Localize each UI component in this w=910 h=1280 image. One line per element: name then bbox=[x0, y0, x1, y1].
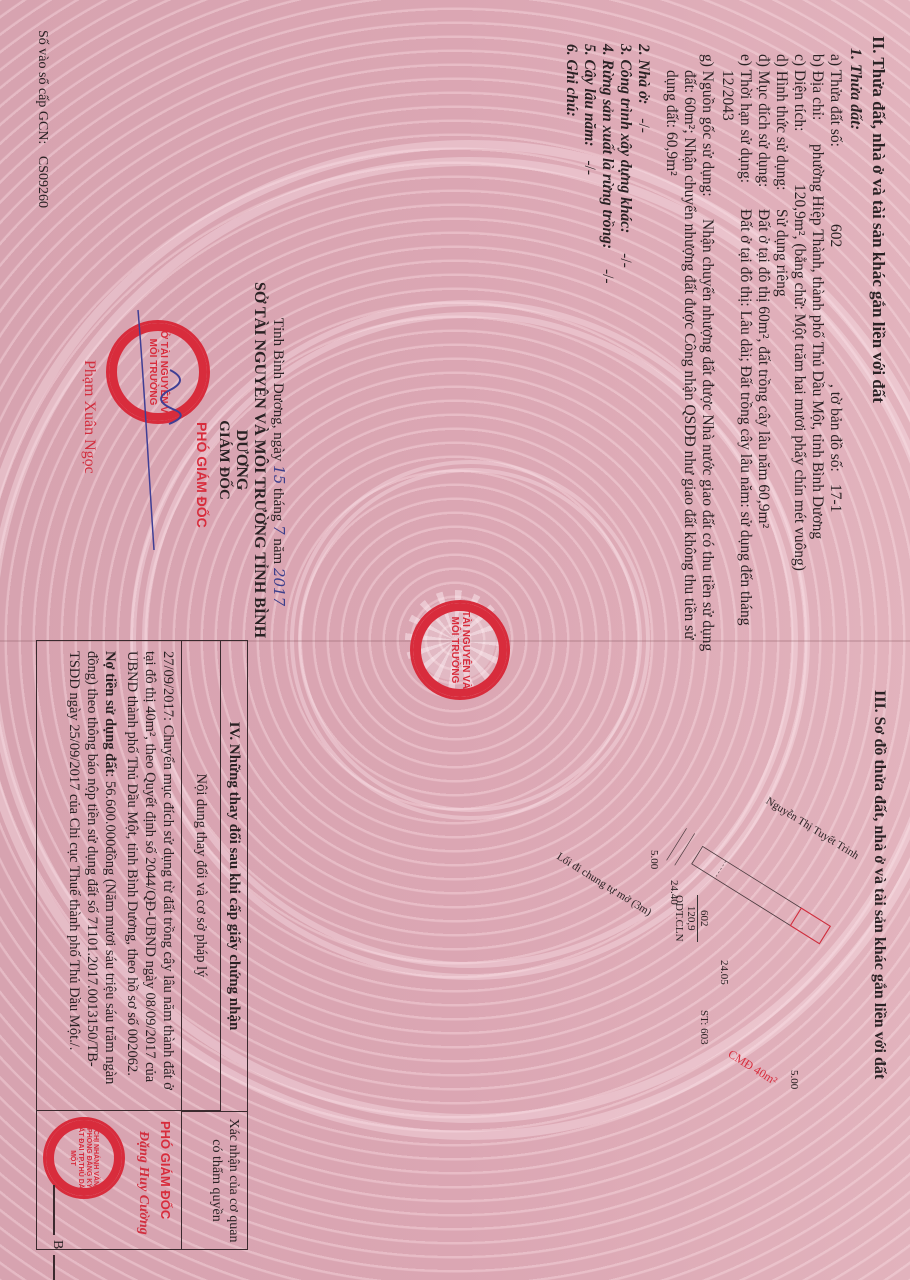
section-iii-title: III. Sơ đồ thửa đất, nhà ở và tài sản kh… bbox=[870, 690, 888, 1079]
date-day: 15 bbox=[270, 465, 288, 484]
edge-mark: B bbox=[49, 1240, 65, 1249]
date-prefix: Tỉnh Bình Dương, ngày bbox=[270, 318, 286, 462]
branch-stamp-text: CHI NHÁNH VĂN PHÒNG ĐĂNG KÝ ĐẤT ĐAI TP.T… bbox=[69, 1120, 100, 1196]
col-change-content: Nội dung thay đổi và cơ sở pháp lý bbox=[181, 641, 221, 1111]
origin-row: g) Nguồn gốc sử dụng: Nhận chuyển nhượng… bbox=[698, 54, 716, 197]
signer-name: Phạm Xuân Ngọc bbox=[80, 360, 98, 474]
year-label: năm bbox=[270, 538, 286, 564]
origin-value-2: đất: 60m²; Nhận chuyển nhượng đất được C… bbox=[680, 70, 698, 640]
changes-table: IV. Những thay đổi sau khi cấp giấy chứn… bbox=[36, 640, 248, 1250]
notes-row: 6. Ghi chú: bbox=[562, 44, 580, 117]
change-entries: 27/09/2017: Chuyển mục đích sử dụng từ đ… bbox=[37, 641, 181, 1111]
center-stamp: TÀI NGUYÊN VÀ MÔI TRƯỜNG bbox=[410, 600, 510, 700]
side-left-length: 24.40 bbox=[668, 880, 680, 905]
use-form-label: d) Hình thức sử dụng: bbox=[773, 54, 790, 191]
forest-row: 4. Rừng sản xuất là rừng trồng: -/- bbox=[598, 44, 616, 284]
neighbor-right: ST: 603 bbox=[698, 1010, 710, 1045]
parcel-value: 602 bbox=[826, 224, 844, 247]
area-row: c) Diện tích: 120,9m², (bằng chữ: Một tr… bbox=[790, 54, 808, 131]
perennial-label: 5. Cây lâu năm: bbox=[581, 44, 598, 146]
book-number: Số vào sổ cấp GCN: CS09260 bbox=[34, 30, 50, 208]
term-value-2: 12/2043 bbox=[718, 70, 736, 121]
signature-block: Tỉnh Bình Dương, ngày 15 tháng 7 năm 201… bbox=[269, 262, 288, 662]
address-label: b) Địa chỉ: bbox=[809, 54, 826, 120]
signature-stroke bbox=[110, 300, 210, 560]
col-authority-confirm: Xác nhận của cơ quan có thẩm quyền bbox=[181, 1111, 247, 1249]
area-label: c) Diện tích: bbox=[791, 54, 808, 131]
on-behalf: GIÁM ĐỐC bbox=[215, 250, 232, 670]
agency-name: SỞ TÀI NGUYÊN VÀ MÔI TRƯỜNG TỈNH BÌNH DƯ… bbox=[232, 250, 268, 670]
date-month: 7 bbox=[270, 525, 288, 535]
perennial-value: -/- bbox=[581, 160, 598, 175]
forest-label: 4. Rừng sản xuất là rừng trồng: bbox=[599, 44, 616, 249]
edge-line-left bbox=[53, 1185, 55, 1235]
sketch-parcel: 602 bbox=[697, 895, 710, 942]
center-stamp-text: TÀI NGUYÊN VÀ MÔI TRƯỜNG bbox=[449, 603, 471, 697]
origin-value-3: dụng đất: 60,9m² bbox=[662, 70, 680, 176]
forest-value: -/- bbox=[599, 269, 616, 284]
term-label: e) Thời hạn sử dụng: bbox=[737, 54, 754, 183]
side-right-length: 24.05 bbox=[718, 960, 730, 985]
notes-label: 6. Ghi chú: bbox=[563, 44, 580, 117]
parcel-label: a) Thửa đất số: bbox=[827, 54, 844, 147]
purpose-label: đ) Mục đích sử dụng: bbox=[755, 54, 772, 187]
origin-value: Nhận chuyển nhượng đất được Nhà nước gia… bbox=[698, 219, 716, 651]
month-label: tháng bbox=[270, 488, 286, 521]
address-row: b) Địa chỉ: phường Hiệp Thành, thành phố… bbox=[808, 54, 826, 120]
authority-confirm-cell: CHI NHÁNH VĂN PHÒNG ĐĂNG KÝ ĐẤT ĐAI TP.T… bbox=[37, 1111, 181, 1249]
book-number-label: Số vào sổ cấp GCN: bbox=[35, 30, 50, 144]
agency-block: SỞ TÀI NGUYÊN VÀ MÔI TRƯỜNG TỈNH BÌNH DƯ… bbox=[215, 250, 270, 670]
confirm-role: PHÓ GIÁM ĐỐC bbox=[158, 1121, 173, 1219]
parcel-sketch bbox=[610, 700, 870, 1080]
changes-table-title: IV. Những thay đổi sau khi cấp giấy chứn… bbox=[220, 641, 247, 1111]
side-top-length: 5.00 bbox=[788, 1070, 800, 1089]
section-ii-title: II. Thửa đất, nhà ở và tài sản khác gắn … bbox=[868, 36, 888, 403]
area-value: 120,9m², (bằng chữ: Một trăm hai mươi ph… bbox=[790, 184, 808, 571]
sketch-area: 120,9 bbox=[685, 895, 697, 942]
edge-line-right bbox=[53, 1255, 55, 1280]
certificate-sheet: II. Thửa đất, nhà ở và tài sản khác gắn … bbox=[0, 0, 910, 1280]
change-entry-1: 27/09/2017: Chuyển mục đích sử dụng từ đ… bbox=[123, 651, 177, 1100]
purpose-value: Đất ở tại đô thị 60m², đất trồng cây lâu… bbox=[754, 209, 772, 528]
address-value: phường Hiệp Thành, thành phố Thủ Dầu Một… bbox=[808, 144, 826, 539]
map-sheet-label: , tờ bản đồ số: bbox=[826, 384, 844, 472]
use-form-row: d) Hình thức sử dụng: Sử dụng riêng bbox=[772, 54, 790, 191]
house-value: -/- bbox=[635, 118, 652, 133]
term-value: Đất ở tại đô thị: Lâu dài; Đất trồng cây… bbox=[736, 209, 754, 626]
side-bottom-length: 5.00 bbox=[648, 850, 660, 869]
parcel-row: a) Thửa đất số: 602 , tờ bản đồ số: 17-1 bbox=[826, 54, 844, 147]
construction-row: 3. Công trình xây dựng khác: -/- bbox=[616, 44, 634, 268]
change-entry-2-bold: Nợ tiền sử dụng đất bbox=[102, 651, 118, 773]
use-form-value: Sử dụng riêng bbox=[772, 209, 790, 297]
origin-label: g) Nguồn gốc sử dụng: bbox=[699, 54, 716, 197]
construction-label: 3. Công trình xây dựng khác: bbox=[617, 44, 634, 233]
branch-stamp: CHI NHÁNH VĂN PHÒNG ĐĂNG KÝ ĐẤT ĐAI TP.T… bbox=[43, 1117, 125, 1199]
term-row: e) Thời hạn sử dụng: Đất ở tại đô thị: L… bbox=[736, 54, 754, 183]
map-sheet-value: 17-1 bbox=[826, 484, 844, 512]
book-number-value: CS09260 bbox=[35, 156, 50, 208]
house-label: 2. Nhà ở: bbox=[635, 44, 652, 104]
date-year: 2017 bbox=[270, 568, 288, 606]
land-heading: 1. Thửa đất: bbox=[846, 48, 864, 130]
purpose-row: đ) Mục đích sử dụng: Đất ở tại đô thị 60… bbox=[754, 54, 772, 187]
confirm-signer: Đặng Huy Cường bbox=[135, 1131, 151, 1235]
construction-value: -/- bbox=[617, 253, 634, 268]
change-entry-2: Nợ tiền sử dụng đất: 56.600.000đồng (Năm… bbox=[65, 651, 119, 1100]
perennial-row: 5. Cây lâu năm: -/- bbox=[580, 44, 598, 175]
issue-date: Tỉnh Bình Dương, ngày 15 tháng 7 năm 201… bbox=[269, 262, 288, 662]
house-row: 2. Nhà ở: -/- bbox=[634, 44, 652, 133]
